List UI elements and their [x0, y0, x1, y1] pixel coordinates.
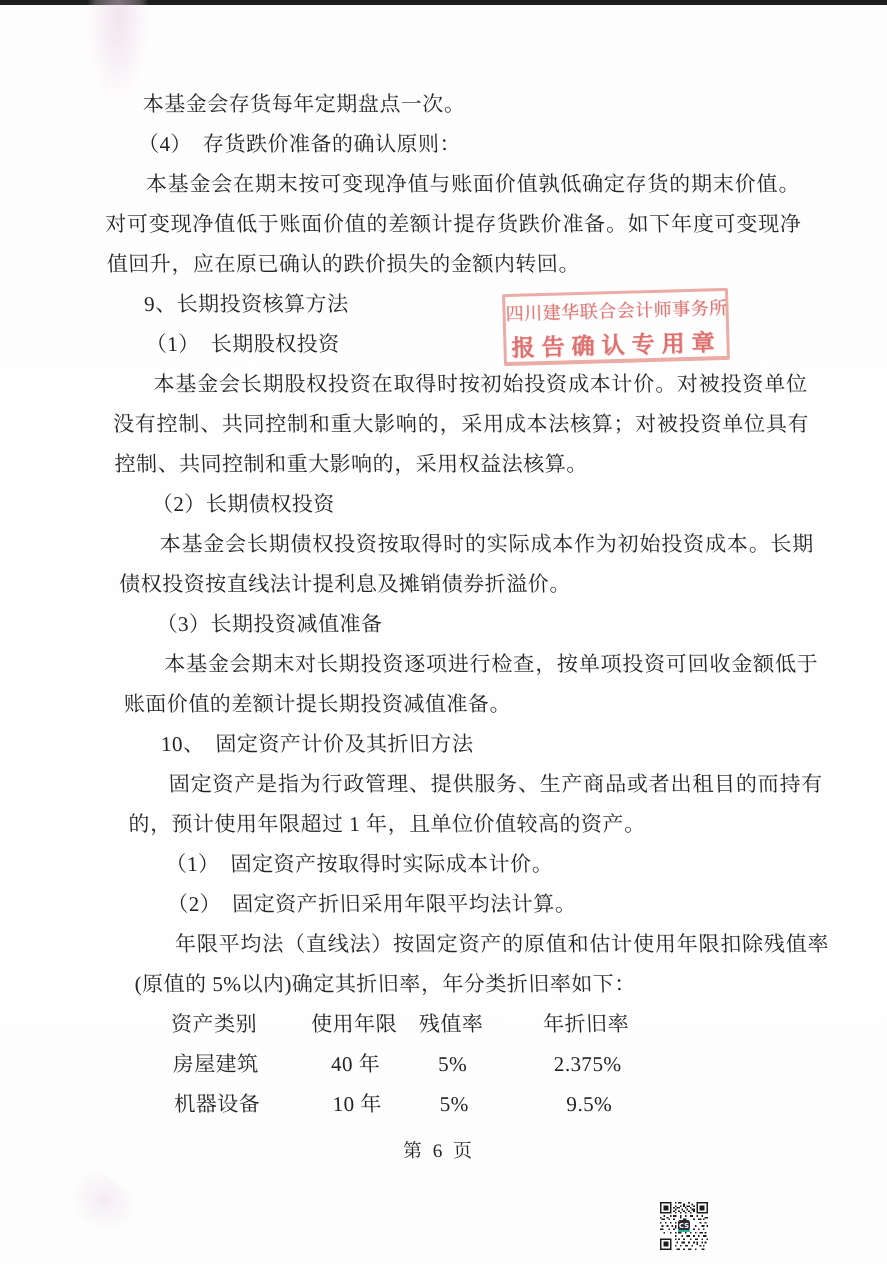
paragraph: 年限平均法（直线法）按固定资产的原值和估计使用年限扣除残值率(原值的 5%以内)…	[132, 924, 831, 1004]
qr-code-icon: CS	[660, 1202, 708, 1250]
section-heading: 10、 固定资产计价及其折旧方法	[125, 724, 823, 764]
table-cell: 5%	[418, 1044, 488, 1084]
table-header-cell: 残值率	[416, 1004, 486, 1044]
list-item: （1） 固定资产按取得时实际成本计价。	[129, 844, 827, 884]
table-cell: 10 年	[293, 1084, 421, 1124]
paragraph: 本基金会期末对长期投资逐项进行检查，按单项投资可回收金额低于账面价值的差额计提长…	[122, 644, 821, 724]
table-cell: 2.375%	[486, 1044, 690, 1084]
scan-smudge	[57, 1163, 144, 1246]
table-header-cell: 资产类别	[170, 1004, 292, 1044]
table-cell: 5%	[419, 1084, 489, 1124]
paragraph: 本基金会存货每年定期盘点一次。	[100, 84, 798, 124]
table-cell: 房屋建筑	[172, 1044, 294, 1084]
scanner-edge	[0, 0, 887, 5]
cpa-firm-stamp: 四川建华联合会计师事务所 报告确认专用章	[502, 288, 730, 366]
table-cell: 机器设备	[173, 1084, 295, 1124]
paragraph: 本基金会长期债权投资按取得时的实际成本作为初始投资成本。长期债权投资按直线法计提…	[117, 524, 816, 604]
list-item: （4） 存货跌价准备的确认原则：	[102, 124, 800, 164]
depreciation-table: 资产类别 使用年限 残值率 年折旧率 房屋建筑 40 年 5% 2.375% 机…	[135, 1004, 836, 1124]
table-cell: 9.5%	[487, 1084, 691, 1124]
page-number: 第 6 页	[140, 1132, 838, 1172]
scanned-document-page: 本基金会存货每年定期盘点一次。 （4） 存货跌价准备的确认原则： 本基金会在期末…	[0, 0, 887, 1264]
list-item: （3）长期投资减值准备	[120, 604, 818, 644]
stamp-seal-title: 报告确认专用章	[506, 324, 727, 363]
svg-text:CS: CS	[679, 1222, 689, 1230]
stamp-firm-name: 四川建华联合会计师事务所	[505, 296, 726, 326]
table-header-cell: 使用年限	[290, 1004, 418, 1044]
document-body: 本基金会存货每年定期盘点一次。 （4） 存货跌价准备的确认原则： 本基金会在期末…	[100, 84, 838, 1172]
list-item: （2）长期债权投资	[115, 484, 813, 524]
paragraph: 本基金会在期末按可变现净值与账面价值孰低确定存货的期末价值。对可变现净值低于账面…	[103, 164, 804, 284]
paragraph: 本基金会长期股权投资在取得时按初始投资成本计价。对被投资单位没有控制、共同控制和…	[111, 364, 812, 484]
list-item: （2） 固定资产折旧采用年限平均法计算。	[131, 884, 829, 924]
paragraph: 固定资产是指为行政管理、提供服务、生产商品或者出租目的而持有的，预计使用年限超过…	[126, 764, 825, 844]
table-cell: 40 年	[292, 1044, 420, 1084]
table-header-cell: 年折旧率	[484, 1004, 688, 1044]
